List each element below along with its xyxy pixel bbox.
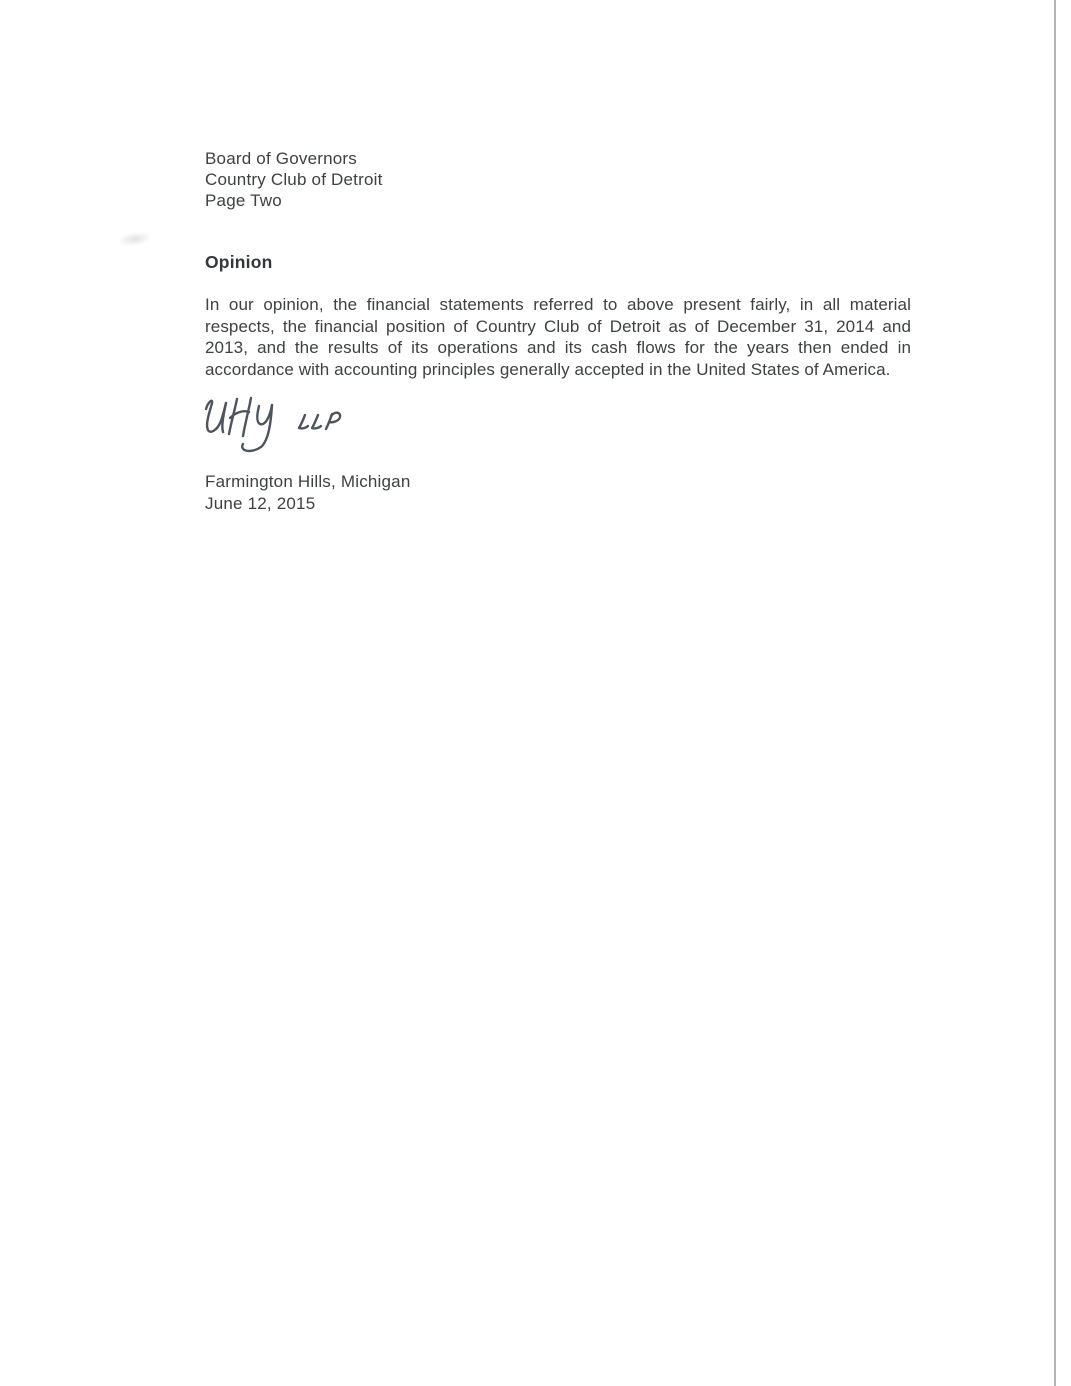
signoff-location: Farmington Hills, Michigan bbox=[205, 471, 411, 493]
signature-stroke-l1 bbox=[299, 415, 308, 428]
scanned-letter-page: Board of Governors Country Club of Detro… bbox=[0, 0, 1071, 1386]
paragraph-line: accordance with accounting principles ge… bbox=[205, 359, 911, 381]
opinion-paragraph: In our opinion, the financial statements… bbox=[205, 294, 911, 380]
signoff-date: June 12, 2015 bbox=[205, 493, 411, 515]
paragraph-line: 2013, and the results of its operations … bbox=[205, 337, 911, 359]
paragraph-line: In our opinion, the financial statements… bbox=[205, 294, 911, 316]
signature-uhy-llp bbox=[201, 394, 351, 458]
signature-stroke-h-right bbox=[243, 398, 251, 436]
recipient-line: Country Club of Detroit bbox=[205, 169, 383, 190]
paragraph-line: respects, the financial position of Coun… bbox=[205, 316, 911, 338]
scan-smudge bbox=[117, 230, 153, 249]
recipient-line: Board of Governors bbox=[205, 148, 383, 169]
recipient-address-block: Board of Governors Country Club of Detro… bbox=[205, 148, 383, 211]
signature-stroke-l2 bbox=[312, 415, 321, 428]
signoff-block: Farmington Hills, Michigan June 12, 2015 bbox=[205, 471, 411, 514]
recipient-line: Page Two bbox=[205, 190, 383, 211]
signature-stroke-u-stem bbox=[222, 403, 226, 432]
scanner-artifact-line bbox=[1054, 0, 1056, 1386]
opinion-heading: Opinion bbox=[205, 252, 273, 273]
